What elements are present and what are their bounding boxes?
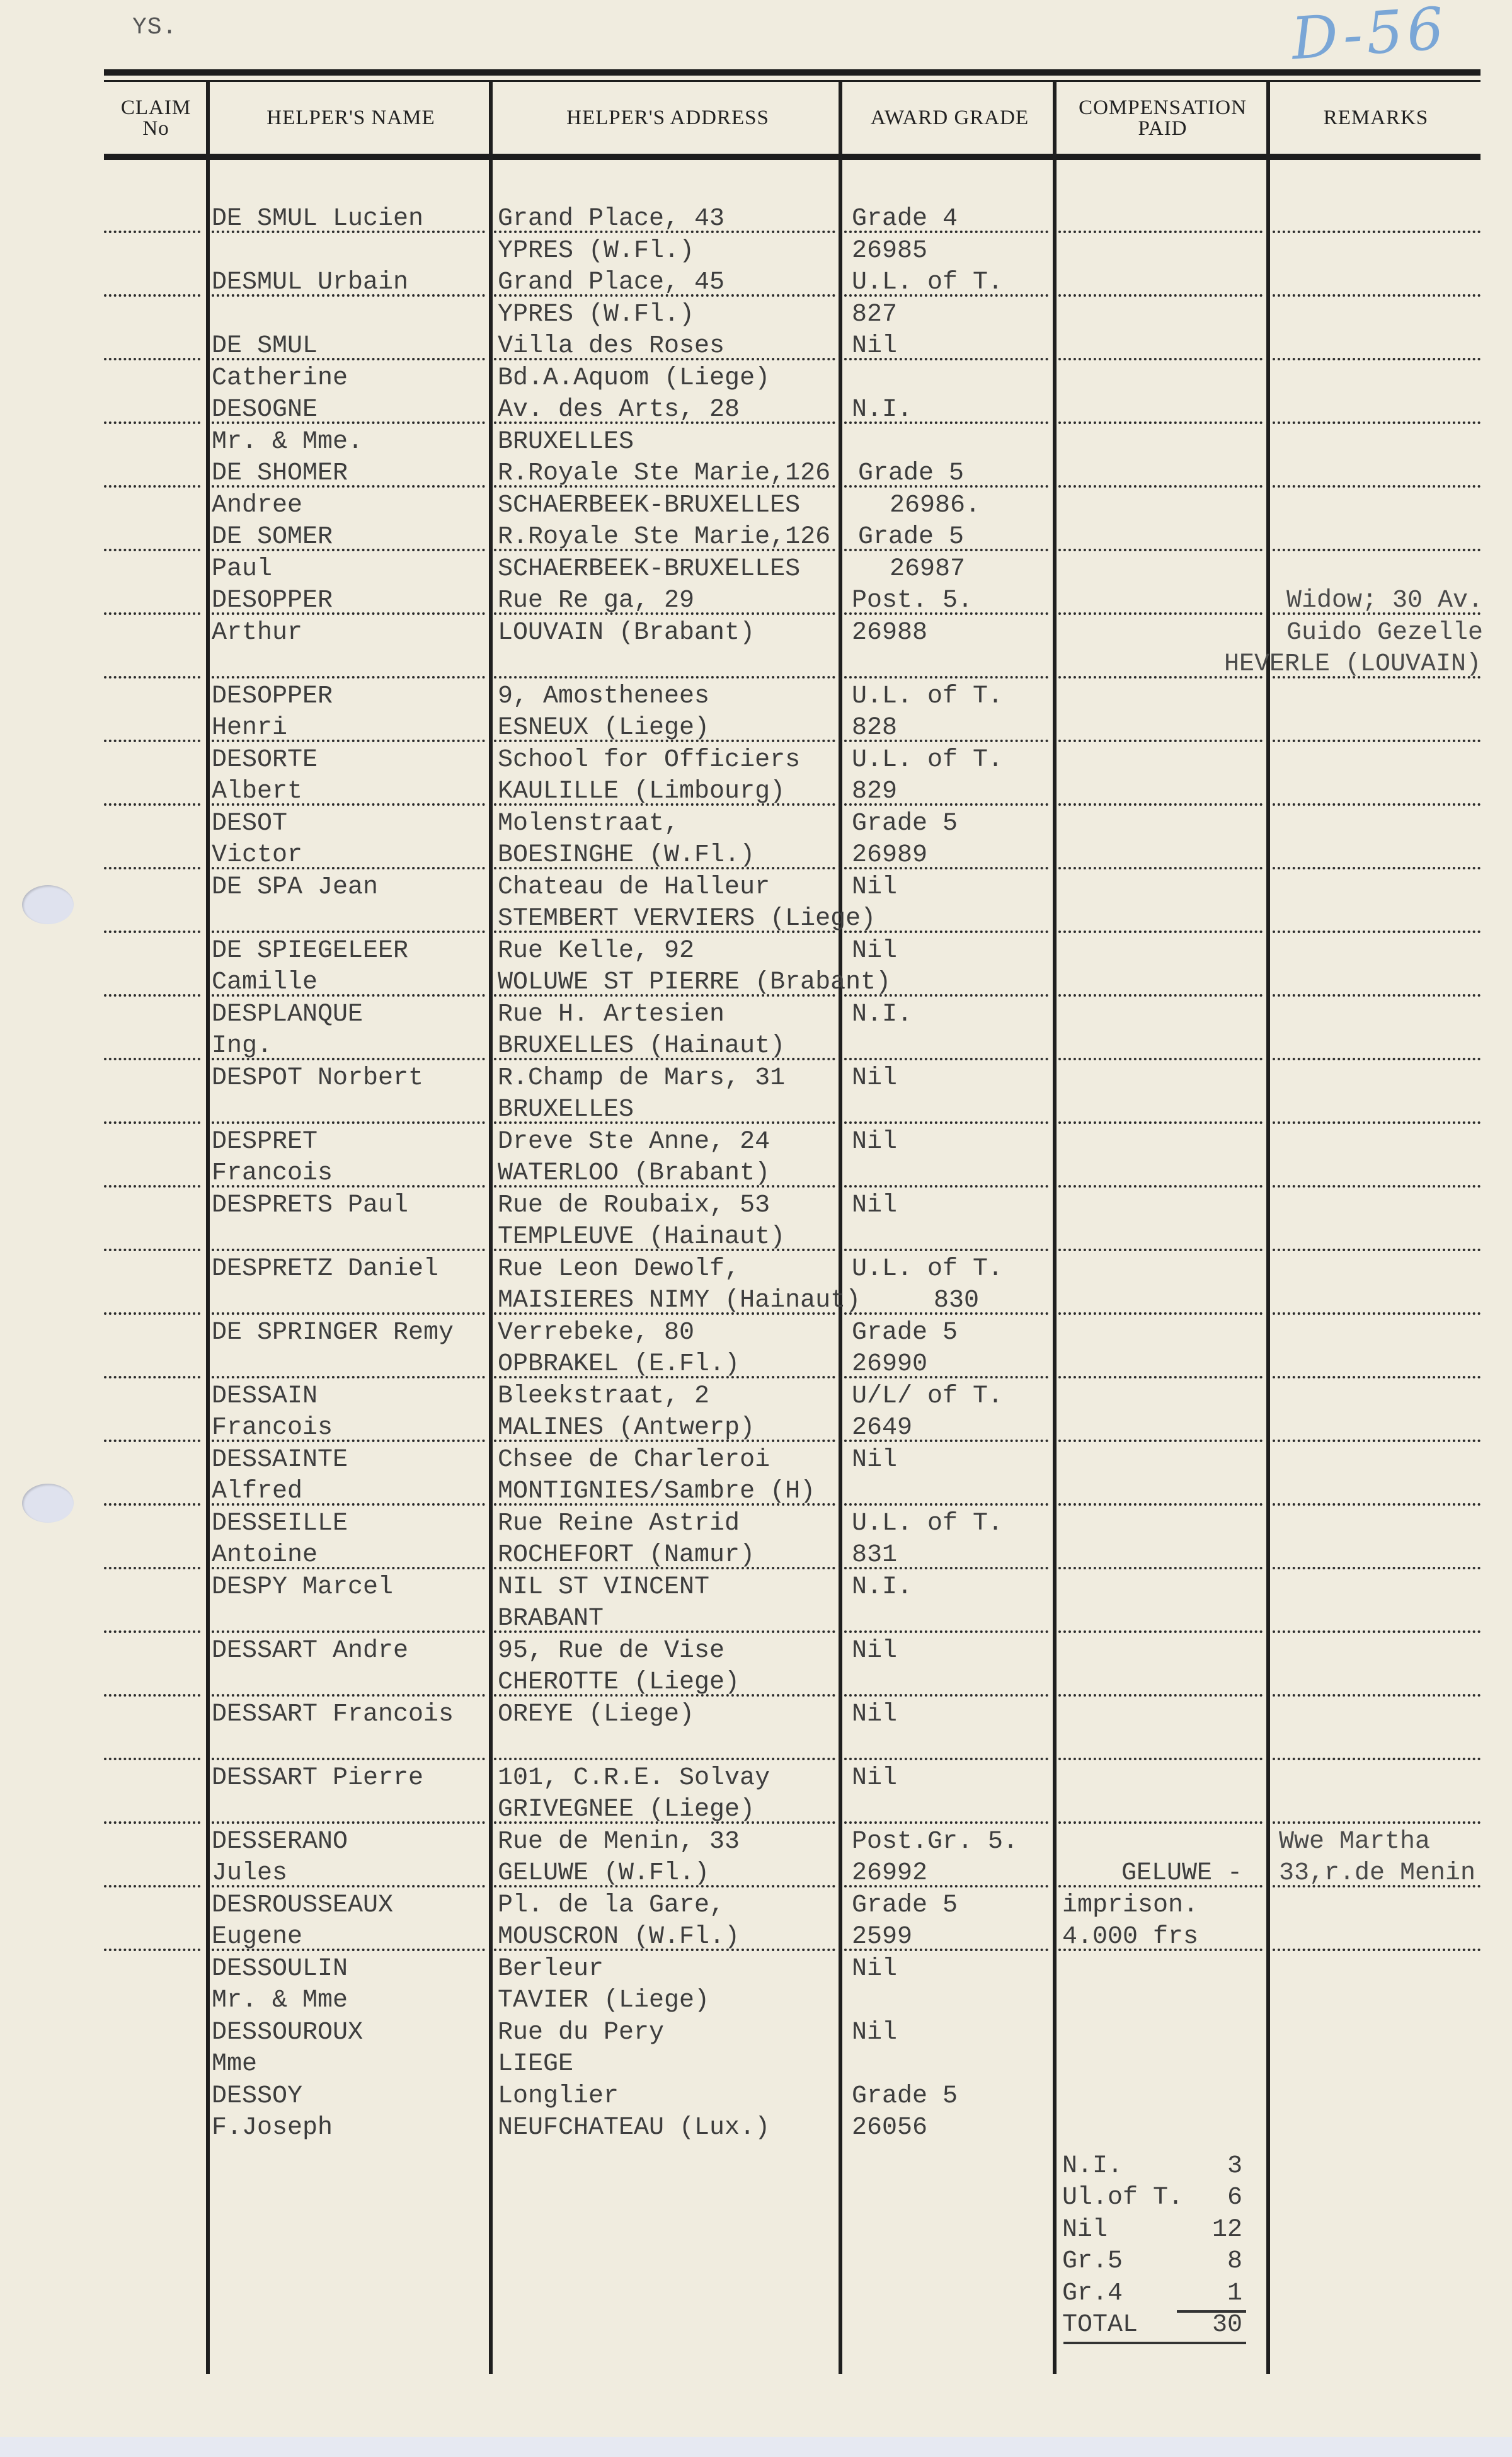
helper-address: R.Champ de Mars, 31 [498,1065,785,1092]
remarks: Widow; 30 Av. [1286,587,1483,615]
helper-address: Grand Place, 43 [498,205,724,233]
award-grade: N.I. [852,396,912,424]
compensation-paid: 4.000 frs [1062,1923,1198,1951]
header-remarks: REMARKS [1271,82,1480,154]
helper-name: DESSOUROUX [212,2019,363,2047]
dotted-row-separator [1058,931,1263,933]
award-grade: Post. 5. [852,587,973,615]
dotted-row-separator [844,1185,1048,1188]
dotted-row-separator [1273,1249,1480,1251]
award-grade: U.L. of T. [852,747,1003,774]
helper-name: Ing. [212,1033,272,1060]
dotted-row-separator [1058,803,1263,806]
helper-name: Mme [212,2051,257,2078]
award-grade: Grade 5 [852,2083,958,2110]
subtotal-rule [1177,2310,1246,2313]
summary-count: 6 [1197,2184,1242,2212]
helper-address: LIEGE [498,2051,573,2078]
helper-name: DESPY Marcel [212,1574,393,1601]
award-grade: Nil [852,2019,897,2047]
award-grade: Nil [852,1128,897,1156]
corner-code: YS. [132,14,177,41]
award-grade: 26056 [852,2114,927,2142]
helper-address: 101, C.R.E. Solvay [498,1765,770,1792]
dotted-row-separator [1273,1376,1480,1378]
dotted-row-separator [1273,1567,1480,1569]
dotted-row-separator [104,1630,200,1633]
summary-label: Gr.5 [1062,2248,1123,2276]
dotted-row-separator [1273,1630,1480,1633]
dotted-row-separator [212,1758,485,1760]
helper-address: CHEROTTE (Liege) [498,1669,740,1697]
award-grade: 26986. [890,492,980,520]
helper-address: NIL ST VINCENT [498,1574,709,1601]
dotted-row-separator [104,1440,200,1442]
helper-name: DESPRET [212,1128,318,1156]
dotted-row-separator [212,1249,485,1251]
dotted-row-separator [212,1312,485,1315]
helper-name: DE SMUL Lucien [212,205,423,233]
header-bottom-rule [104,154,1480,160]
helper-name: Eugene [212,1923,302,1951]
helper-name: Jules [212,1860,287,1887]
dotted-row-separator [104,1758,200,1760]
award-grade: Nil [852,937,897,965]
dotted-row-separator [1273,1185,1480,1188]
helper-name: DESOT [212,810,287,838]
dotted-row-separator [1058,1503,1263,1506]
dotted-row-separator [844,1121,1048,1124]
helper-name: DESSOULIN [212,1956,348,1983]
helper-address: Grand Place, 45 [498,269,724,297]
dotted-row-separator [1273,1440,1480,1442]
helper-name: DESSAINTE [212,1446,348,1474]
helper-address: LOUVAIN (Brabant) [498,619,755,647]
dotted-row-separator [1058,1312,1263,1315]
dotted-row-separator [212,1376,485,1378]
award-grade: 26988 [852,619,927,647]
helper-name: Francois [212,1160,333,1188]
award-grade: Grade 5 [852,1319,958,1347]
helper-name: Andree [212,492,302,520]
dotted-row-separator [1273,803,1480,806]
remarks: 33,r.de Menin [1279,1860,1475,1887]
helper-address: MOUSCRON (W.Fl.) [498,1923,740,1951]
award-grade: Nil [852,874,897,902]
helper-name: DESSOY [212,2083,302,2110]
helper-address: BRUXELLES [498,428,634,456]
award-grade: 26989 [852,842,927,869]
helper-name: DESOPPER [212,587,333,615]
helper-address: BRABANT [498,1605,604,1633]
award-grade: 26992 [852,1860,927,1887]
dotted-row-separator [844,1758,1048,1760]
dotted-row-separator [1273,421,1480,424]
dotted-row-separator [212,1630,485,1633]
helper-address: ROCHEFORT (Namur) [498,1542,755,1569]
dotted-row-separator [104,867,200,869]
header-claim-no: CLAIM No [104,82,208,154]
dotted-row-separator [104,931,200,933]
helper-name: Henri [212,714,287,742]
award-grade: Nil [852,1956,897,1983]
compensation-paid: GELUWE - [1121,1860,1242,1887]
award-grade: Grade 4 [852,205,958,233]
award-grade: 830 [934,1287,979,1315]
dotted-row-separator [104,1821,200,1824]
award-grade: Nil [852,333,897,360]
helper-address: TAVIER (Liege) [498,1987,709,2015]
dotted-row-separator [104,358,200,360]
helper-address: 95, Rue de Vise [498,1637,724,1665]
helper-address: OPBRAKEL (E.Fl.) [498,1351,740,1378]
dotted-row-separator [1273,931,1480,933]
helper-name: DESSART Pierre [212,1765,423,1792]
summary-label: TOTAL [1062,2311,1138,2339]
summary-count: 1 [1197,2280,1242,2308]
helper-address: ESNEUX (Liege) [498,714,709,742]
helper-name: Victor [212,842,302,869]
dotted-row-separator [1273,1503,1480,1506]
helper-name: Arthur [212,619,302,647]
dotted-row-separator [212,1821,485,1824]
helper-address: Rue Re ga, 29 [498,587,694,615]
header-compensation-paid: COMPENSATION PAID [1058,82,1268,154]
dotted-row-separator [1058,1185,1263,1188]
helper-address: MAISIERES NIMY (Hainaut) [498,1287,861,1315]
dotted-row-separator [104,1376,200,1378]
award-grade: 829 [852,778,897,806]
dotted-row-separator [1273,740,1480,742]
dotted-row-separator [1273,358,1480,360]
helper-address: Longlier [498,2083,619,2110]
award-grade: N.I. [852,1574,912,1601]
dotted-row-separator [1058,1630,1263,1633]
dotted-row-separator [1058,612,1263,615]
award-grade: 827 [852,301,897,329]
dotted-row-separator [1058,740,1263,742]
dotted-row-separator [104,421,200,424]
dotted-row-separator [104,1503,200,1506]
column-divider [206,82,210,2374]
helper-address: Av. des Arts, 28 [498,396,740,424]
dotted-row-separator [1058,867,1263,869]
dotted-row-separator [1058,1058,1263,1060]
helper-name: Francois [212,1414,333,1442]
column-divider [1266,82,1270,2374]
helper-name: Paul [212,556,272,583]
dotted-row-separator [104,676,200,679]
helper-name: DESPRETZ Daniel [212,1256,438,1283]
award-grade: 831 [852,1542,897,1569]
award-grade: Grade 5 [858,524,964,551]
dotted-row-separator [1058,1821,1263,1824]
header-award-grade: AWARD GRADE [845,82,1054,154]
dotted-row-separator [212,676,485,679]
helper-name: DESPOT Norbert [212,1065,423,1092]
header-helper-name: HELPER'S NAME [212,82,490,154]
helper-address: KAULILLE (Limbourg) [498,778,785,806]
dotted-row-separator [844,1694,1048,1697]
dotted-row-separator [1058,485,1263,488]
helper-address: GELUWE (W.Fl.) [498,1860,709,1887]
dotted-row-separator [1058,358,1263,360]
pencil-reference-annotation: D-56 [1290,0,1450,73]
helper-name: DESOPPER [212,683,333,711]
helper-name: DESSEILLE [212,1510,348,1538]
dotted-row-separator [104,1249,200,1251]
dotted-row-separator [1058,231,1263,233]
award-grade: U.L. of T. [852,1510,1003,1538]
dotted-row-separator [1058,1694,1263,1697]
helper-address: Villa des Roses [498,333,724,360]
dotted-row-separator [104,1694,200,1697]
dotted-row-separator [1273,231,1480,233]
helper-address: Bd.A.Aquom (Liege) [498,365,770,392]
helper-address: WOLUWE ST PIERRE (Brabant) [498,969,891,997]
dotted-row-separator [1058,1567,1263,1569]
dotted-row-separator [1058,1249,1263,1251]
award-grade: Grade 5 [858,460,964,488]
dotted-row-separator [844,1058,1048,1060]
column-divider [489,82,493,2374]
award-grade: 26990 [852,1351,927,1378]
helper-name: Mr. & Mme. [212,428,363,456]
dotted-row-separator [1273,1758,1480,1760]
helper-address: SCHAERBEEK-BRUXELLES [498,556,800,583]
dotted-row-separator [104,1885,200,1887]
dotted-row-separator [1058,994,1263,997]
dotted-row-separator [104,1121,200,1124]
helper-address: R.Royale Ste Marie,126 [498,524,830,551]
award-grade: 2649 [852,1414,912,1442]
summary-count: 30 [1197,2311,1242,2339]
helper-name: Catherine [212,365,348,392]
dotted-row-separator [104,1058,200,1060]
dotted-row-separator [1273,294,1480,297]
helper-address: BOESINGHE (W.Fl.) [498,842,755,869]
top-thick-rule [104,69,1480,76]
award-grade: U.L. of T. [852,683,1003,711]
helper-address: SCHAERBEEK-BRUXELLES [498,492,800,520]
award-grade: Post.Gr. 5. [852,1828,1018,1856]
dotted-row-separator [1273,549,1480,551]
dotted-row-separator [1273,1694,1480,1697]
remarks: HEVERLE (LOUVAIN) [1224,651,1481,679]
helper-name: DESPRETS Paul [212,1192,408,1220]
helper-name: Alfred [212,1478,302,1506]
award-grade: U.L. of T. [852,269,1003,297]
helper-address: Bleekstraat, 2 [498,1383,709,1411]
dotted-row-separator [494,1758,835,1760]
dotted-row-separator [104,612,200,615]
helper-address: BRUXELLES (Hainaut) [498,1033,785,1060]
dotted-row-separator [212,1694,485,1697]
dotted-row-separator [1058,549,1263,551]
helper-name: DE SPA Jean [212,874,378,902]
dotted-row-separator [104,1567,200,1569]
helper-address: R.Royale Ste Marie,126 [498,460,830,488]
remarks: Guido Gezelle [1286,619,1483,647]
helper-address: Verrebeke, 80 [498,1319,694,1347]
summary-label: Gr.4 [1062,2280,1123,2308]
helper-address: STEMBERT VERVIERS (Liege) [498,905,876,933]
helper-address: Chateau de Halleur [498,874,770,902]
summary-count: 3 [1197,2153,1242,2180]
helper-name: Mr. & Mme [212,1987,348,2015]
column-divider [839,82,842,2374]
award-grade: Nil [852,1701,897,1729]
helper-name: DE SPRINGER Remy [212,1319,454,1347]
dotted-row-separator [104,485,200,488]
helper-name: DE SOMER [212,524,333,551]
award-grade: Nil [852,1065,897,1092]
helper-address: Rue Leon Dewolf, [498,1256,740,1283]
award-grade: Grade 5 [852,810,958,838]
dotted-row-separator [1058,1376,1263,1378]
dotted-row-separator [1273,1949,1480,1951]
dotted-row-separator [1058,421,1263,424]
dotted-row-separator [104,994,200,997]
dotted-row-separator [212,931,485,933]
helper-address: Rue Kelle, 92 [498,937,694,965]
helper-address: Chsee de Charleroi [498,1446,770,1474]
dotted-row-separator [212,1121,485,1124]
award-grade: 26987 [890,556,965,583]
scan-background [0,2437,1512,2457]
helper-address: Rue H. Artesien [498,1001,724,1029]
helper-name: DE SHOMER [212,460,348,488]
dotted-row-separator [1273,1121,1480,1124]
helper-name: DE SMUL [212,333,318,360]
award-grade: N.I. [852,1001,912,1029]
helper-name: DESORTE [212,747,318,774]
award-grade: 2599 [852,1923,912,1951]
helper-address: TEMPLEUVE (Hainaut) [498,1223,785,1251]
summary-label: Nil [1062,2216,1108,2244]
helper-address: GRIVEGNEE (Liege) [498,1796,755,1824]
dotted-row-separator [844,1630,1048,1633]
award-grade: Nil [852,1446,897,1474]
punch-hole-lower [22,1484,74,1523]
award-grade: Grade 5 [852,1892,958,1920]
dotted-row-separator [494,676,835,679]
dotted-row-separator [1273,1312,1480,1315]
total-double-rule [1063,2342,1246,2344]
helper-address: NEUFCHATEAU (Lux.) [498,2114,770,2142]
dotted-row-separator [1273,1058,1480,1060]
dotted-row-separator [844,1249,1048,1251]
award-grade: Nil [852,1765,897,1792]
dotted-row-separator [104,1312,200,1315]
compensation-paid: imprison. [1062,1892,1198,1920]
helper-name: F.Joseph [212,2114,333,2142]
helper-address: MALINES (Antwerp) [498,1414,755,1442]
dotted-row-separator [104,549,200,551]
award-grade: Nil [852,1637,897,1665]
dotted-row-separator [104,803,200,806]
helper-name: Albert [212,778,302,806]
helper-address: Molenstraat, [498,810,679,838]
dotted-row-separator [844,1503,1048,1506]
helper-name: DESSART Andre [212,1637,408,1665]
helper-address: OREYE (Liege) [498,1701,694,1729]
helper-name: DESSERANO [212,1828,348,1856]
dotted-row-separator [1273,994,1480,997]
dotted-row-separator [104,740,200,742]
helper-name: DESPLANQUE [212,1001,363,1029]
summary-count: 12 [1197,2216,1242,2244]
dotted-row-separator [844,1821,1048,1824]
summary-label: Ul.of T. [1062,2184,1183,2212]
helper-name: DESOGNE [212,396,318,424]
dotted-row-separator [1273,485,1480,488]
dotted-row-separator [104,294,200,297]
dotted-row-separator [1058,1121,1263,1124]
helper-address: School for Officiers [498,747,800,774]
helper-address: Pl. de la Gare, [498,1892,724,1920]
helper-address: YPRES (W.Fl.) [498,238,694,265]
helper-name: DESMUL Urbain [212,269,408,297]
helper-name: Antoine [212,1542,318,1569]
dotted-row-separator [1273,867,1480,869]
remarks: Wwe Martha [1279,1828,1430,1856]
helper-address: 9, Amosthenees [498,683,709,711]
helper-address: MONTIGNIES/Sambre (H) [498,1478,815,1506]
dotted-row-separator [104,231,200,233]
dotted-row-separator [104,1185,200,1188]
helper-name: DE SPIEGELEER [212,937,408,965]
helper-name: DESSART Francois [212,1701,454,1729]
helper-address: BRUXELLES [498,1096,634,1124]
helper-name: DESROUSSEAUX [212,1892,393,1920]
helper-name: Camille [212,969,318,997]
helper-address: WATERLOO (Brabant) [498,1160,770,1188]
award-grade: 828 [852,714,897,742]
award-grade: U/L/ of T. [852,1383,1003,1411]
award-grade: Nil [852,1192,897,1220]
punch-hole-upper [22,885,74,924]
column-divider [1053,82,1057,2374]
helper-address: Berleur [498,1956,604,1983]
summary-count: 8 [1197,2248,1242,2276]
award-grade: U.L. of T. [852,1256,1003,1283]
header-helper-address: HELPER'S ADDRESS [494,82,842,154]
award-grade: 26985 [852,238,927,265]
helper-name: DESSAIN [212,1383,318,1411]
helper-address: Dreve Ste Anne, 24 [498,1128,770,1156]
helper-address: Rue de Roubaix, 53 [498,1192,770,1220]
dotted-row-separator [1058,294,1263,297]
dotted-row-separator [1058,1440,1263,1442]
helper-address: Rue Reine Astrid [498,1510,740,1538]
helper-address: Rue de Menin, 33 [498,1828,740,1856]
dotted-row-separator [104,1949,200,1951]
helper-address: YPRES (W.Fl.) [498,301,694,329]
dotted-row-separator [1273,1821,1480,1824]
dotted-row-separator [844,676,1048,679]
summary-label: N.I. [1062,2153,1123,2180]
helper-address: Rue du Pery [498,2019,664,2047]
dotted-row-separator [1058,1758,1263,1760]
